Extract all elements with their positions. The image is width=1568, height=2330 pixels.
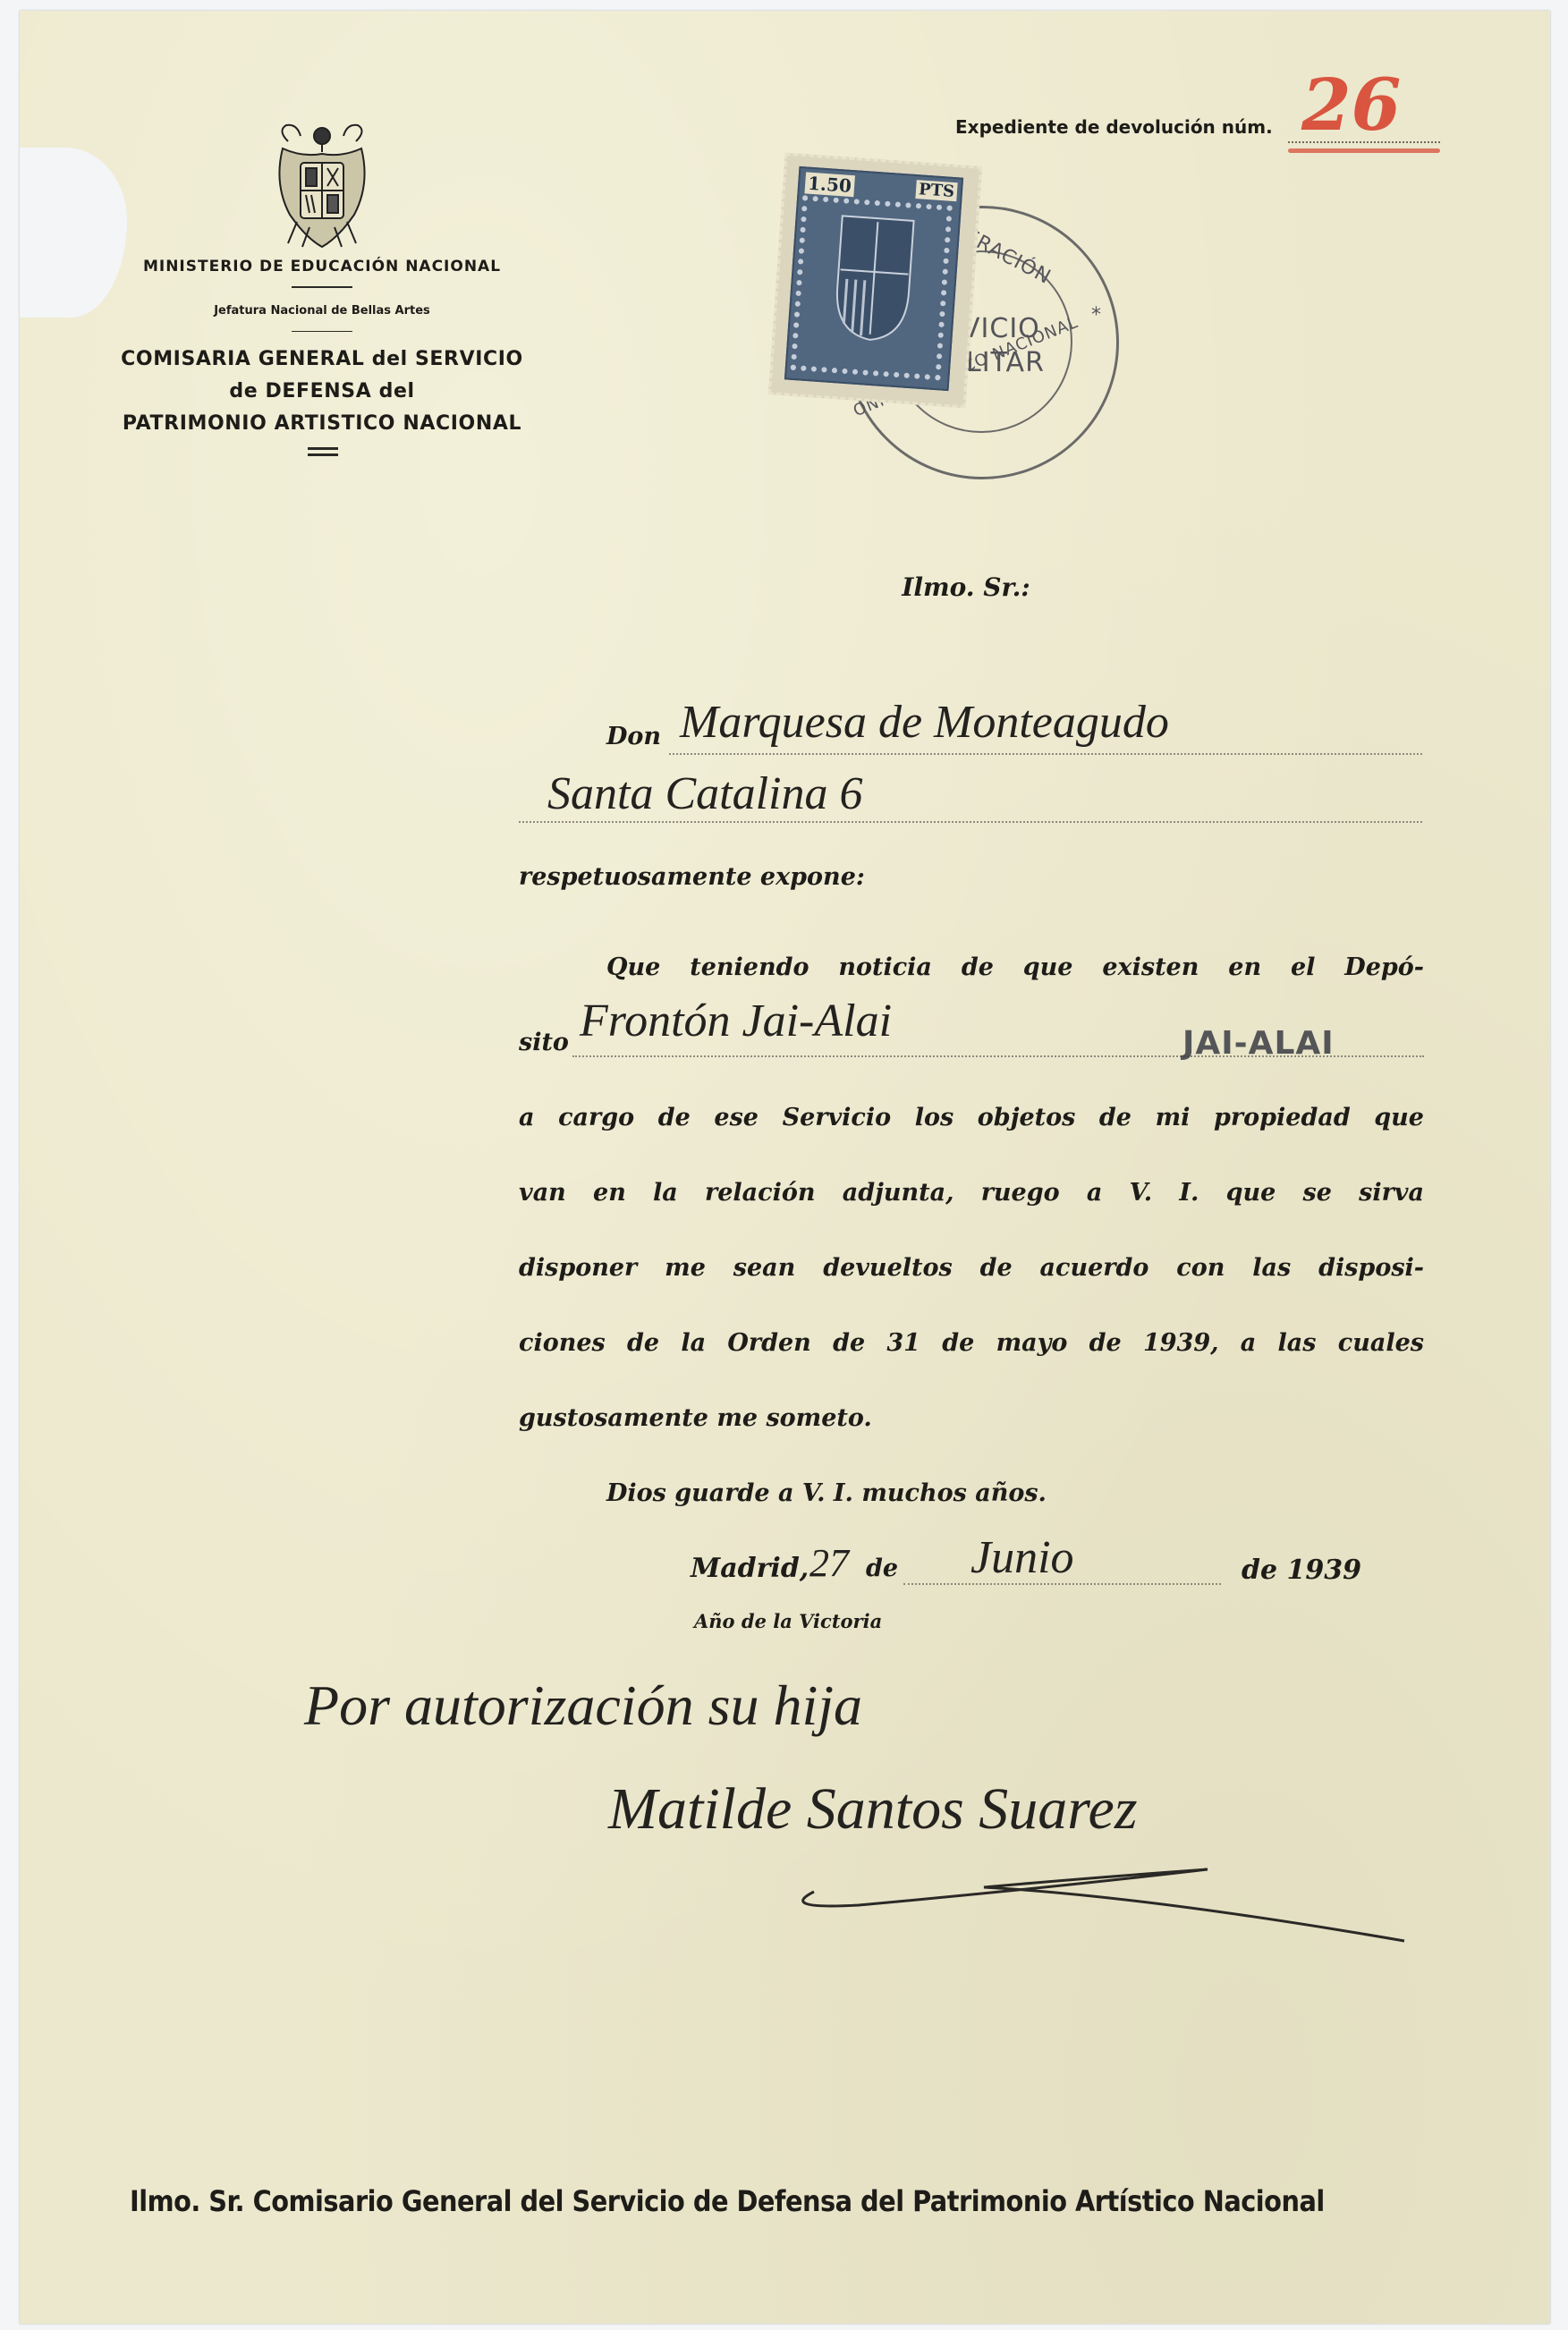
don-prefix: Don — [606, 723, 661, 750]
name-field-line — [669, 753, 1422, 755]
letterhead: MINISTERIO DE EDUCACIÓN NACIONAL Jefatur… — [125, 116, 519, 474]
expediente-number: 26 — [1301, 63, 1401, 147]
date-motto: Año de la Victoria — [694, 1610, 882, 1632]
date-month: Junio — [970, 1531, 1074, 1584]
revenue-stamp-border-pattern — [791, 195, 953, 380]
body-line-7: gustosamente me someto. — [519, 1404, 872, 1432]
body-line-2-prefix: sito — [519, 1029, 569, 1056]
divider — [292, 286, 352, 288]
revenue-stamp-value: 1.50 — [804, 172, 854, 197]
body-line-3: a cargo de ese Servicio los objetos de m… — [519, 1104, 1424, 1131]
ministry-name: MINISTERIO DE EDUCACIÓN NACIONAL — [143, 258, 501, 275]
comisaria-line-1: COMISARIA GENERAL del SERVICIO — [121, 343, 523, 376]
double-rule — [308, 447, 338, 450]
double-rule — [308, 453, 338, 456]
rubber-stamp-star: * — [1091, 304, 1102, 326]
body-line-5: disponer me sean devueltos de acuerdo co… — [519, 1254, 1424, 1282]
expediente-label: Expediente de devolución núm. — [955, 116, 1273, 138]
footer-addressee: Ilmo. Sr. Comisario General del Servicio… — [130, 2184, 1325, 2218]
comisaria-block: COMISARIA GENERAL del SERVICIO de DEFENS… — [121, 343, 523, 440]
authorization-note: Por autorización su hija — [304, 1673, 862, 1739]
signature-name: Matilde Santos Suarez — [608, 1775, 1138, 1843]
requester-address: Santa Catalina 6 — [547, 767, 862, 820]
body-line-6: ciones de la Orden de 31 de mayo de 1939… — [519, 1329, 1424, 1357]
signature-flourish — [787, 1860, 1431, 1950]
divider — [292, 331, 352, 332]
intro-text: respetuosamente expone: — [519, 863, 865, 891]
deposit-name: Frontón Jai-Alai — [580, 995, 892, 1047]
comisaria-line-2: de DEFENSA del — [121, 376, 523, 408]
address-field-line — [519, 821, 1422, 823]
deposit-stamp: JAI-ALAI — [1182, 1025, 1335, 1062]
revenue-stamp-currency: PTS — [915, 180, 957, 201]
comisaria-line-3: PATRIMONIO ARTISTICO NACIONAL — [121, 408, 523, 440]
date-day: 27 — [809, 1540, 849, 1586]
body-line-1: Que teniendo noticia de que existen en e… — [606, 953, 1424, 981]
jefatura-name: Jefatura Nacional de Bellas Artes — [214, 304, 430, 318]
requester-name: Marquesa de Monteagudo — [680, 696, 1169, 749]
date-de: de — [866, 1555, 898, 1582]
revenue-stamp: 1.50 PTS — [784, 166, 963, 391]
date-place: Madrid, — [691, 1553, 809, 1584]
body-line-4: van en la relación adjunta, ruego a V. I… — [519, 1179, 1424, 1207]
closing-formula: Dios guarde a V. I. muchos años. — [606, 1479, 1047, 1507]
date-year: de 1939 — [1242, 1555, 1361, 1586]
red-underline — [1288, 148, 1440, 153]
salutation: Ilmo. Sr.: — [902, 572, 1030, 602]
coat-of-arms-icon — [270, 122, 374, 252]
